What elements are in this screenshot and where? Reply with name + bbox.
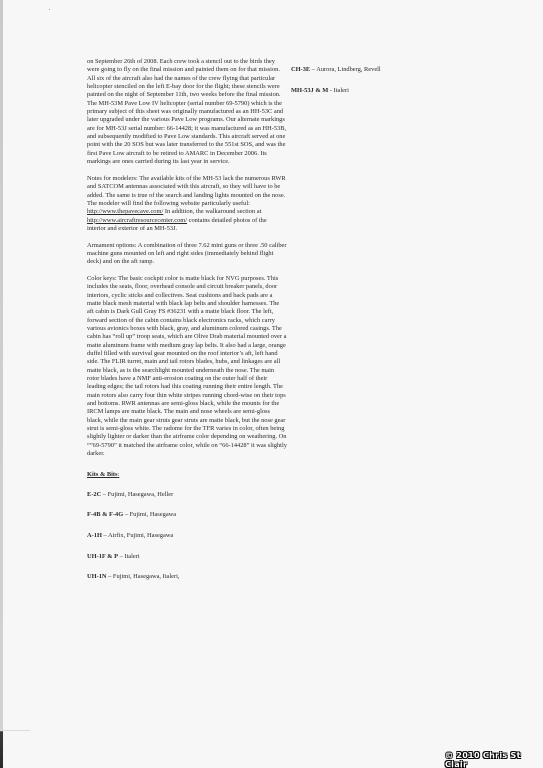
- kit-model: CH-3E: [291, 66, 310, 73]
- thepavecave-link[interactable]: http://www.thepavecave.com/: [87, 208, 163, 215]
- kit-makers: – Aurora, Lindberg, Revell: [310, 66, 381, 73]
- scan-speck: [49, 9, 50, 10]
- scan-edge-shadow: [0, 0, 3, 768]
- notes-text-1: Notes for modelers: The available kits o…: [87, 175, 286, 207]
- armament-paragraph: Armament options: A combination of three…: [87, 242, 287, 267]
- left-column: on September 26th of 2008. Each crew too…: [87, 58, 287, 594]
- kit-makers: – Airfix, Fujimi, Hasegawa: [102, 532, 173, 539]
- kit-model: F-4B & F-4G: [87, 511, 123, 518]
- copyright-watermark: © 2010 Chris St Clair: [445, 751, 543, 768]
- kit-model: E-2C: [87, 491, 101, 498]
- kit-makers: – Italeri: [118, 553, 140, 560]
- kit-item: F-4B & F-4G – Fujimi, Hasegawa: [87, 511, 287, 519]
- color-keys-paragraph: Color keys: The basic cockpit color is m…: [87, 275, 287, 459]
- kit-item: UH-1F & P – Italeri: [87, 553, 287, 561]
- kit-model: MH-53J & M: [291, 87, 328, 94]
- notes-text-2: In addition, the walkaround section at: [163, 208, 261, 215]
- kit-item: MH-53J & M - Italeri: [291, 87, 471, 95]
- kit-makers: – Fujimi, Hasegawa: [123, 511, 176, 518]
- kit-model: UH-1N: [87, 573, 107, 580]
- kit-model: A-1H: [87, 532, 102, 539]
- kit-item: E-2C – Fujimi, Hasegawa, Heller: [87, 491, 287, 499]
- kit-item: CH-3E – Aurora, Lindberg, Revell: [291, 66, 471, 74]
- kit-item: A-1H – Airfix, Fujimi, Hasegawa: [87, 532, 287, 540]
- kit-makers: – Fujimi, Hasegawa, Heller: [101, 491, 173, 498]
- right-column: CH-3E – Aurora, Lindberg, Revell MH-53J …: [291, 66, 471, 108]
- kit-makers: – Fujimi, Hasegawa, Italeri,: [107, 573, 180, 580]
- kit-model: UH-1F & P: [87, 553, 118, 560]
- page-fold-line: [0, 730, 30, 731]
- aircraftresourcecenter-link[interactable]: http://www.aircraftresourcecenter.com/: [87, 217, 187, 224]
- kit-item: UH-1N – Fujimi, Hasegawa, Italeri,: [87, 573, 287, 581]
- kits-and-bits-heading: Kits & Bits:: [87, 471, 287, 479]
- kit-makers: - Italeri: [328, 87, 349, 94]
- history-paragraph: on September 26th of 2008. Each crew too…: [87, 58, 287, 166]
- notes-for-modelers-paragraph: Notes for modelers: The available kits o…: [87, 175, 287, 233]
